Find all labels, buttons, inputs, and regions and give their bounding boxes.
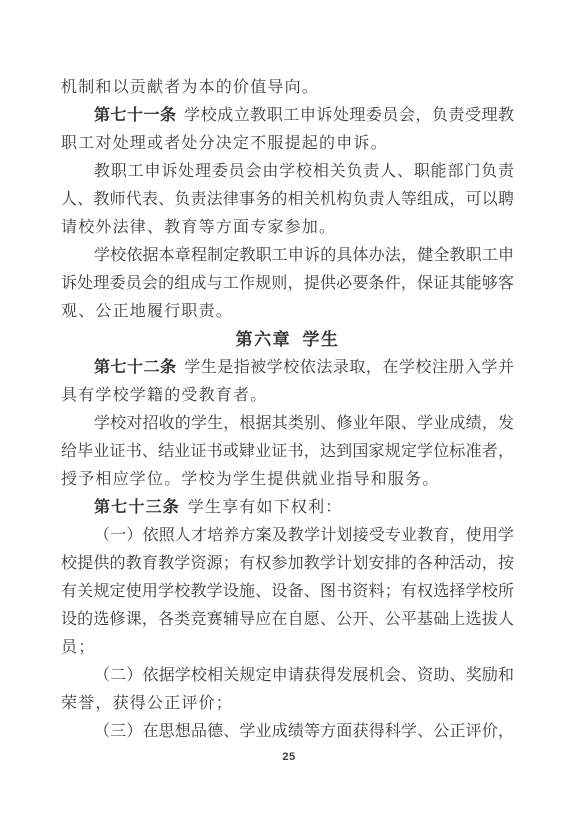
text-line: 第七十一条学校成立教职工申诉处理委员会，负责受理教 (61, 102, 514, 130)
text-line: 荣誉，获得公正评价； (61, 690, 514, 718)
text-line: 具有学校学籍的受教育者。 (61, 382, 514, 410)
text-line: 设的选修课，各类竞赛辅导应在自愿、公开、公平基础上选拔人 (61, 606, 514, 634)
text-line: 有关规定使用学校教学设施、设备、图书资料；有权选择学校所 (61, 578, 514, 606)
page-number: 25 (0, 751, 578, 763)
text-line: 给毕业证书、结业证书或肄业证书，达到国家规定学位标准者， (61, 438, 514, 466)
text-line: 学校对招收的学生，根据其类别、修业年限、学业成绩，发 (61, 410, 514, 438)
text-line: 第七十二条学生是指被学校依法录取，在学校注册入学并 (61, 354, 514, 382)
text-line: 观、公正地履行职责。 (61, 298, 514, 326)
text-line: 教职工申诉处理委员会由学校相关负责人、职能部门负责 (61, 158, 514, 186)
text-line: 请校外法律、教育等方面专家参加。 (61, 214, 514, 242)
text-line: 校提供的教育教学资源；有权参加教学计划安排的各种活动，按 (61, 550, 514, 578)
document-page: 机制和以贡献者为本的价值导向。第七十一条学校成立教职工申诉处理委员会，负责受理教… (0, 0, 578, 824)
text-line: 诉处理委员会的组成与工作规则，提供必要条件，保证其能够客 (61, 270, 514, 298)
text-line: （三）在思想品德、学业成绩等方面获得科学、公正评价， (61, 718, 514, 746)
text-line: 员； (61, 634, 514, 662)
article-number: 第七十二条 (94, 359, 177, 376)
text-line: 第七十三条学生享有如下权利： (61, 494, 514, 522)
document-text-block: 机制和以贡献者为本的价值导向。第七十一条学校成立教职工申诉处理委员会，负责受理教… (61, 74, 514, 746)
article-number: 第七十一条 (94, 107, 177, 124)
text-line: （二）依据学校相关规定申请获得发展机会、资助、奖励和 (61, 662, 514, 690)
text-line: 学校依据本章程制定教职工申诉的具体办法，健全教职工申 (61, 242, 514, 270)
text-line: 职工对处理或者处分决定不服提起的申诉。 (61, 130, 514, 158)
article-number: 第七十三条 (94, 499, 180, 516)
text-line: 机制和以贡献者为本的价值导向。 (61, 74, 514, 102)
text-line: 授予相应学位。学校为学生提供就业指导和服务。 (61, 466, 514, 494)
text-line: 人、教师代表、负责法律事务的相关机构负责人等组成，可以聘 (61, 186, 514, 214)
text-line: （一）依照人才培养方案及教学计划接受专业教育，使用学 (61, 522, 514, 550)
chapter-heading: 第六章 学生 (61, 326, 514, 354)
